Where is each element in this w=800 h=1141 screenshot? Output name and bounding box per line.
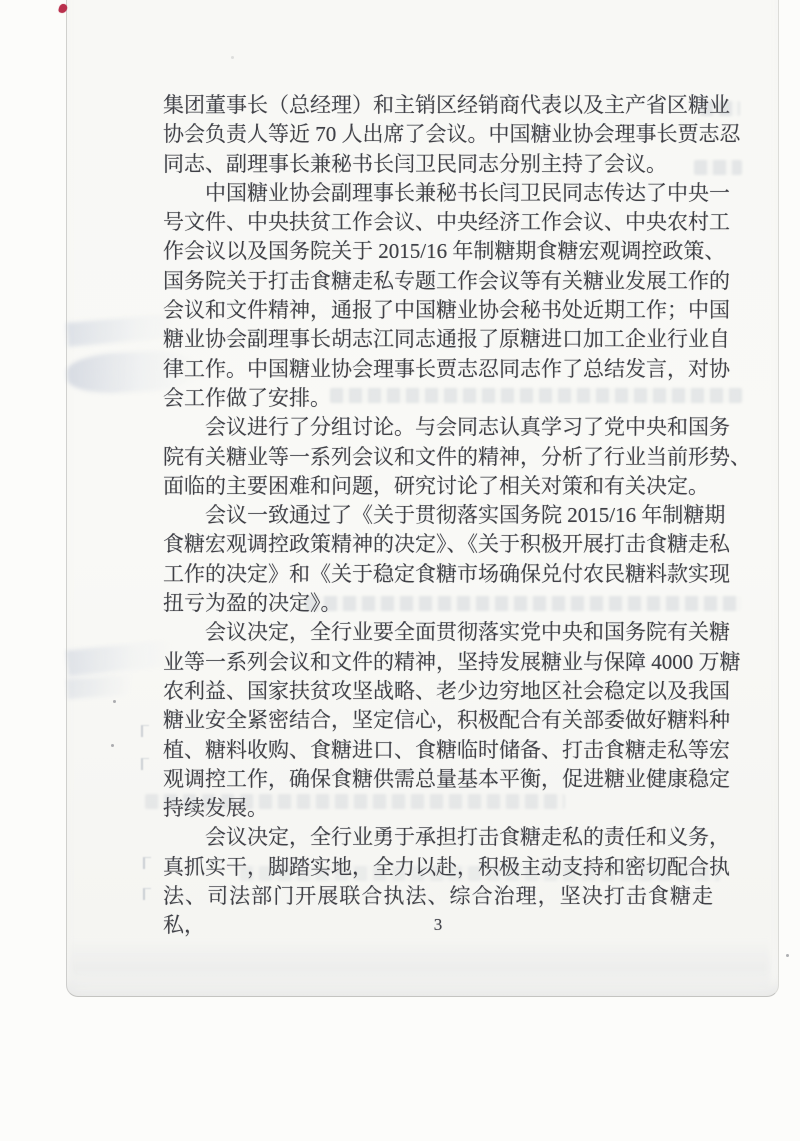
text-line: 会议一致通过了《关于贯彻落实国务院 2015/16 年制糖期 [163,501,713,530]
page-number: 3 [163,915,713,935]
text-line: 业等一系列会议和文件的精神，坚持发展糖业与保障 4000 万糖 [163,648,713,677]
text-line: 院有关糖业等一系列会议和文件的精神，分析了行业当前形势、 [163,443,713,472]
text-line: 食糖宏观调控政策精神的决定》、《关于积极开展打击食糖走私 [163,530,713,559]
text-line: 会议决定，全行业勇于承担打击食糖走私的责任和义务， [163,823,713,852]
document-body: 集团董事长（总经理）和主销区经销商代表以及主产省区糖业协会负责人等近 70 人出… [163,91,713,935]
text-line: 糖业协会副理事长胡志江同志通报了原糖进口加工企业行业自 [163,325,713,354]
text-line: 工作的决定》和《关于稳定食糖市场确保兑付农民糖料款实现 [163,560,713,589]
scanned-page: 集团董事长（总经理）和主销区经销商代表以及主产省区糖业协会负责人等近 70 人出… [0,0,800,1141]
text-line: 集团董事长（总经理）和主销区经销商代表以及主产省区糖业 [163,91,713,120]
text-line: 号文件、中央扶贫工作会议、中央经济工作会议、中央农村工 [163,208,713,237]
text-line: 植、糖料收购、食糖进口、食糖临时储备、打击食糖走私等宏 [163,736,713,765]
text-line: 作会议以及国务院关于 2015/16 年制糖期食糖宏观调控政策、 [163,237,713,266]
text-line: 法、司法部门开展联合执法、综合治理，坚决打击食糖走私， [163,882,713,911]
text-line: 会议决定，全行业要全面贯彻落实党中央和国务院有关糖 [163,618,713,647]
text-line: 律工作。中国糖业协会理事长贾志忍同志作了总结发言，对协 [163,355,713,384]
text-line: 会议进行了分组讨论。与会同志认真学习了党中央和国务 [163,413,713,442]
text-line: 农利益、国家扶贫攻坚战略、老少边穷地区社会稳定以及我国 [163,677,713,706]
text-line: 观调控工作，确保食糖供需总量基本平衡，促进糖业健康稳定 [163,765,713,794]
text-line: 协会负责人等近 70 人出席了会议。中国糖业协会理事长贾志忍 [163,120,713,149]
text-line: 糖业安全紧密结合，坚定信心，积极配合有关部委做好糖料种 [163,706,713,735]
dust-speck [786,954,789,957]
text-line: 同志、副理事长兼秘书长闫卫民同志分别主持了会议。 [163,150,713,179]
text-line: 中国糖业协会副理事长兼秘书长闫卫民同志传达了中央一 [163,179,713,208]
text-line: 会议和文件精神，通报了中国糖业协会秘书处近期工作；中国 [163,296,713,325]
text-line: 真抓实干，脚踏实地，全力以赴，积极主动支持和密切配合执 [163,853,713,882]
text-line: 面临的主要困难和问题，研究讨论了相关对策和有关决定。 [163,472,713,501]
text-line: 扭亏为盈的决定》。 [163,589,713,618]
text-line: 持续发展。 [163,794,713,823]
text-line: 国务院关于打击食糖走私专题工作会议等有关糖业发展工作的 [163,267,713,296]
text-line: 会工作做了安排。 [163,384,713,413]
